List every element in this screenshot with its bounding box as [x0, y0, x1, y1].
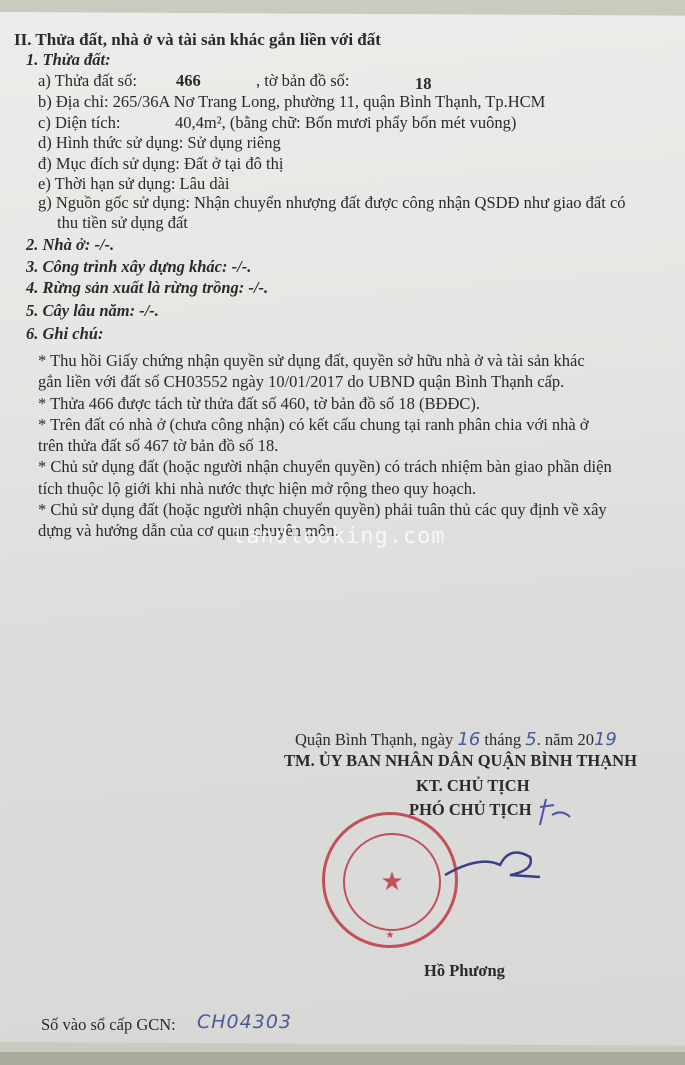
section-heading: II. Thửa đất, nhà ở và tài sản khác gắn … — [14, 30, 381, 50]
usage-term: e) Thời hạn sử dụng: Lâu dài — [38, 174, 230, 194]
year-label: . năm 20 — [537, 730, 594, 749]
other-works: 3. Công trình xây dựng khác: -/-. — [26, 257, 251, 277]
initials-mark — [536, 795, 576, 830]
area-value: 40,4m², (bằng chữ: Bốn mươi phẩy bốn mét… — [175, 113, 516, 133]
usage-form: d) Hình thức sử dụng: Sử dụng riêng — [38, 133, 281, 153]
map-sheet-label: , tờ bản đồ số: — [256, 71, 350, 91]
house: 2. Nhà ở: -/-. — [26, 235, 114, 255]
place-date-prefix: Quận Bình Thạnh, ngày — [295, 730, 453, 749]
note-line: * Thửa 466 được tách từ thửa đất số 460,… — [38, 394, 480, 414]
note-line: gắn liền với đất số CH03552 ngày 10/01/2… — [38, 372, 564, 392]
registry-number-handwritten: CH04303 — [197, 1012, 292, 1032]
note-line: trên thửa đất số 467 tờ bản đồ số 18. — [38, 436, 278, 456]
map-sheet-number: 18 — [415, 74, 432, 94]
star-icon: ★ — [386, 930, 395, 941]
month-label: tháng — [484, 730, 521, 749]
watermark: landlooking.com — [232, 524, 446, 549]
role-chairman: KT. CHỦ TỊCH — [416, 776, 530, 796]
note-line: tích thuộc lộ giới khi nhà nước thực hiệ… — [38, 479, 476, 499]
origin-line-1: g) Nguồn gốc sử dụng: Nhận chuyển nhượng… — [38, 193, 626, 213]
issuing-org: TM. ỦY BAN NHÂN DÂN QUẬN BÌNH THẠNH — [284, 751, 637, 771]
registry-label: Số vào sổ cấp GCN: — [41, 1015, 176, 1035]
star-icon: ★ — [380, 867, 403, 897]
area-label: c) Diện tích: — [38, 113, 120, 133]
signer-name: Hồ Phương — [424, 961, 505, 981]
day-handwritten: 16 — [457, 729, 480, 750]
parcel-label: a) Thửa đất số: — [38, 71, 137, 91]
origin-line-2: thu tiền sử dụng đất — [57, 213, 188, 233]
role-vice-chairman: PHÓ CHỦ TỊCH — [409, 800, 532, 820]
notes-heading: 6. Ghi chú: — [26, 324, 103, 344]
land-heading: 1. Thửa đất: — [26, 50, 111, 70]
address: b) Địa chỉ: 265/36A Nơ Trang Long, phườn… — [38, 92, 545, 112]
page-edge — [0, 1052, 685, 1065]
note-line: * Trên đất có nhà ở (chưa công nhận) có … — [38, 415, 589, 435]
place-date: Quận Bình Thạnh, ngày 16 tháng 5. năm 20… — [295, 730, 617, 750]
usage-purpose: đ) Mục đích sử dụng: Đất ở tại đô thị — [38, 154, 283, 174]
parcel-number: 466 — [176, 71, 201, 91]
note-line: * Chủ sử dụng đất (hoặc người nhận chuyể… — [38, 457, 612, 477]
official-seal: ★ ★ — [322, 812, 458, 948]
year-handwritten: 19 — [594, 729, 617, 750]
note-line: * Chủ sử dụng đất (hoặc người nhận chuyể… — [38, 500, 607, 520]
note-line: * Thu hồi Giấy chứng nhận quyền sử dụng … — [38, 351, 585, 371]
month-handwritten: 5 — [525, 729, 536, 750]
seal-emblem: ★ — [343, 833, 441, 931]
signature-stroke — [440, 835, 560, 895]
perennial: 5. Cây lâu năm: -/-. — [26, 301, 159, 321]
forest: 4. Rừng sản xuất là rừng trồng: -/-. — [26, 278, 268, 298]
